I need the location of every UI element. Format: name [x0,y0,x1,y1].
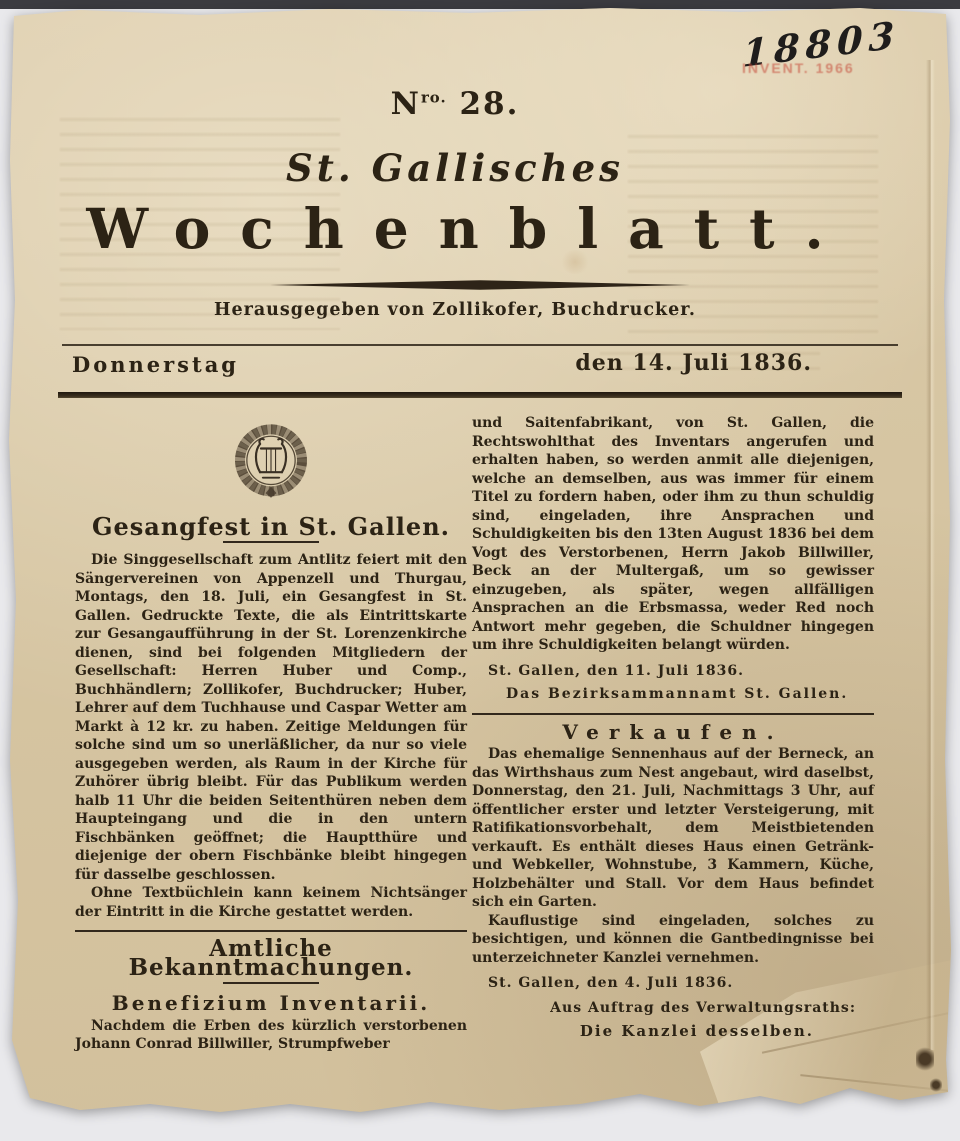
dateline-verkaufen: St. Gallen, den 4. Juli 1836. [472,974,874,993]
scanned-newspaper-page: 18803 INVENT. 1966 Nro. 28. St. Gallisch… [0,0,960,1141]
publisher-line: Herausgegeben von Zollikofer, Buchdrucke… [20,300,890,320]
left-column: Gesangfest in St. Gallen. Die Singgesell… [75,420,467,1054]
section-heading-verkaufen: Verkaufen. [472,723,874,742]
ink-blot [930,1078,942,1092]
benefizium-paragraph-continuation: und Saitenfabrikant, von St. Gallen, die… [472,414,874,655]
masthead-rule-thick [58,392,902,398]
gesangfest-paragraph-2: Ohne Textbüchlein kann keinem Nichtsänge… [75,884,467,921]
subheading-benefizium: Benefizium Inventarii. [75,994,467,1013]
newspaper-title-line2: Wochenblatt. [20,196,890,261]
benefizium-paragraph-start: Nachdem die Erben des kürzlich verstorbe… [75,1017,467,1054]
section-divider-rule [75,930,467,932]
paper-sheet-wrap: 18803 INVENT. 1966 Nro. 28. St. Gallisch… [0,0,960,1141]
lyre-wreath-emblem [230,420,312,508]
section-divider-rule [472,713,874,715]
heading-rule [223,541,319,543]
right-edge-crease [926,60,935,1050]
weekday-label: Donnerstag [72,352,239,377]
paper-sheet: 18803 INVENT. 1966 Nro. 28. St. Gallisch… [0,0,960,1120]
verkaufen-paragraph-2: Kauflustige sind eingeladen, solches zu … [472,912,874,968]
issue-date: den 14. Juli 1836. [575,350,812,376]
gesangfest-paragraph-1: Die Singgesellschaft zum Antlitz feiert … [75,551,467,884]
masthead-rule-thin [62,344,898,346]
byline-verwaltungsrath: Aus Auftrag des Verwaltungsraths: [472,999,874,1018]
ornamental-divider [270,278,690,292]
issue-superscript: ro. [421,89,447,107]
signature-bezirksammannamt: Das Bezirksammannamt St. Gallen. [472,685,874,704]
right-column: und Saitenfabrikant, von St. Gallen, die… [472,414,874,1041]
issue-number: Nro. 28. [20,86,890,122]
section-heading-gesangfest: Gesangfest in St. Gallen. [75,518,467,537]
heading-rule [223,982,319,984]
newspaper-title-line1: St. Gallisches [20,146,890,190]
issue-prefix: N [391,86,421,122]
issue-digits: 28. [459,86,519,122]
dateline-bezirksammannamt: St. Gallen, den 11. Juli 1836. [472,662,874,681]
emblem-row [75,420,467,514]
verkaufen-paragraph-1: Das ehemalige Sennenhaus auf der Berneck… [472,745,874,912]
byline-kanzlei: Die Kanzlei desselben. [472,1022,874,1041]
ink-blot [916,1046,934,1072]
inventory-stamp: INVENT. 1966 [742,60,855,76]
section-heading-amtliche: Amtliche Bekanntmachungen. [75,940,467,977]
